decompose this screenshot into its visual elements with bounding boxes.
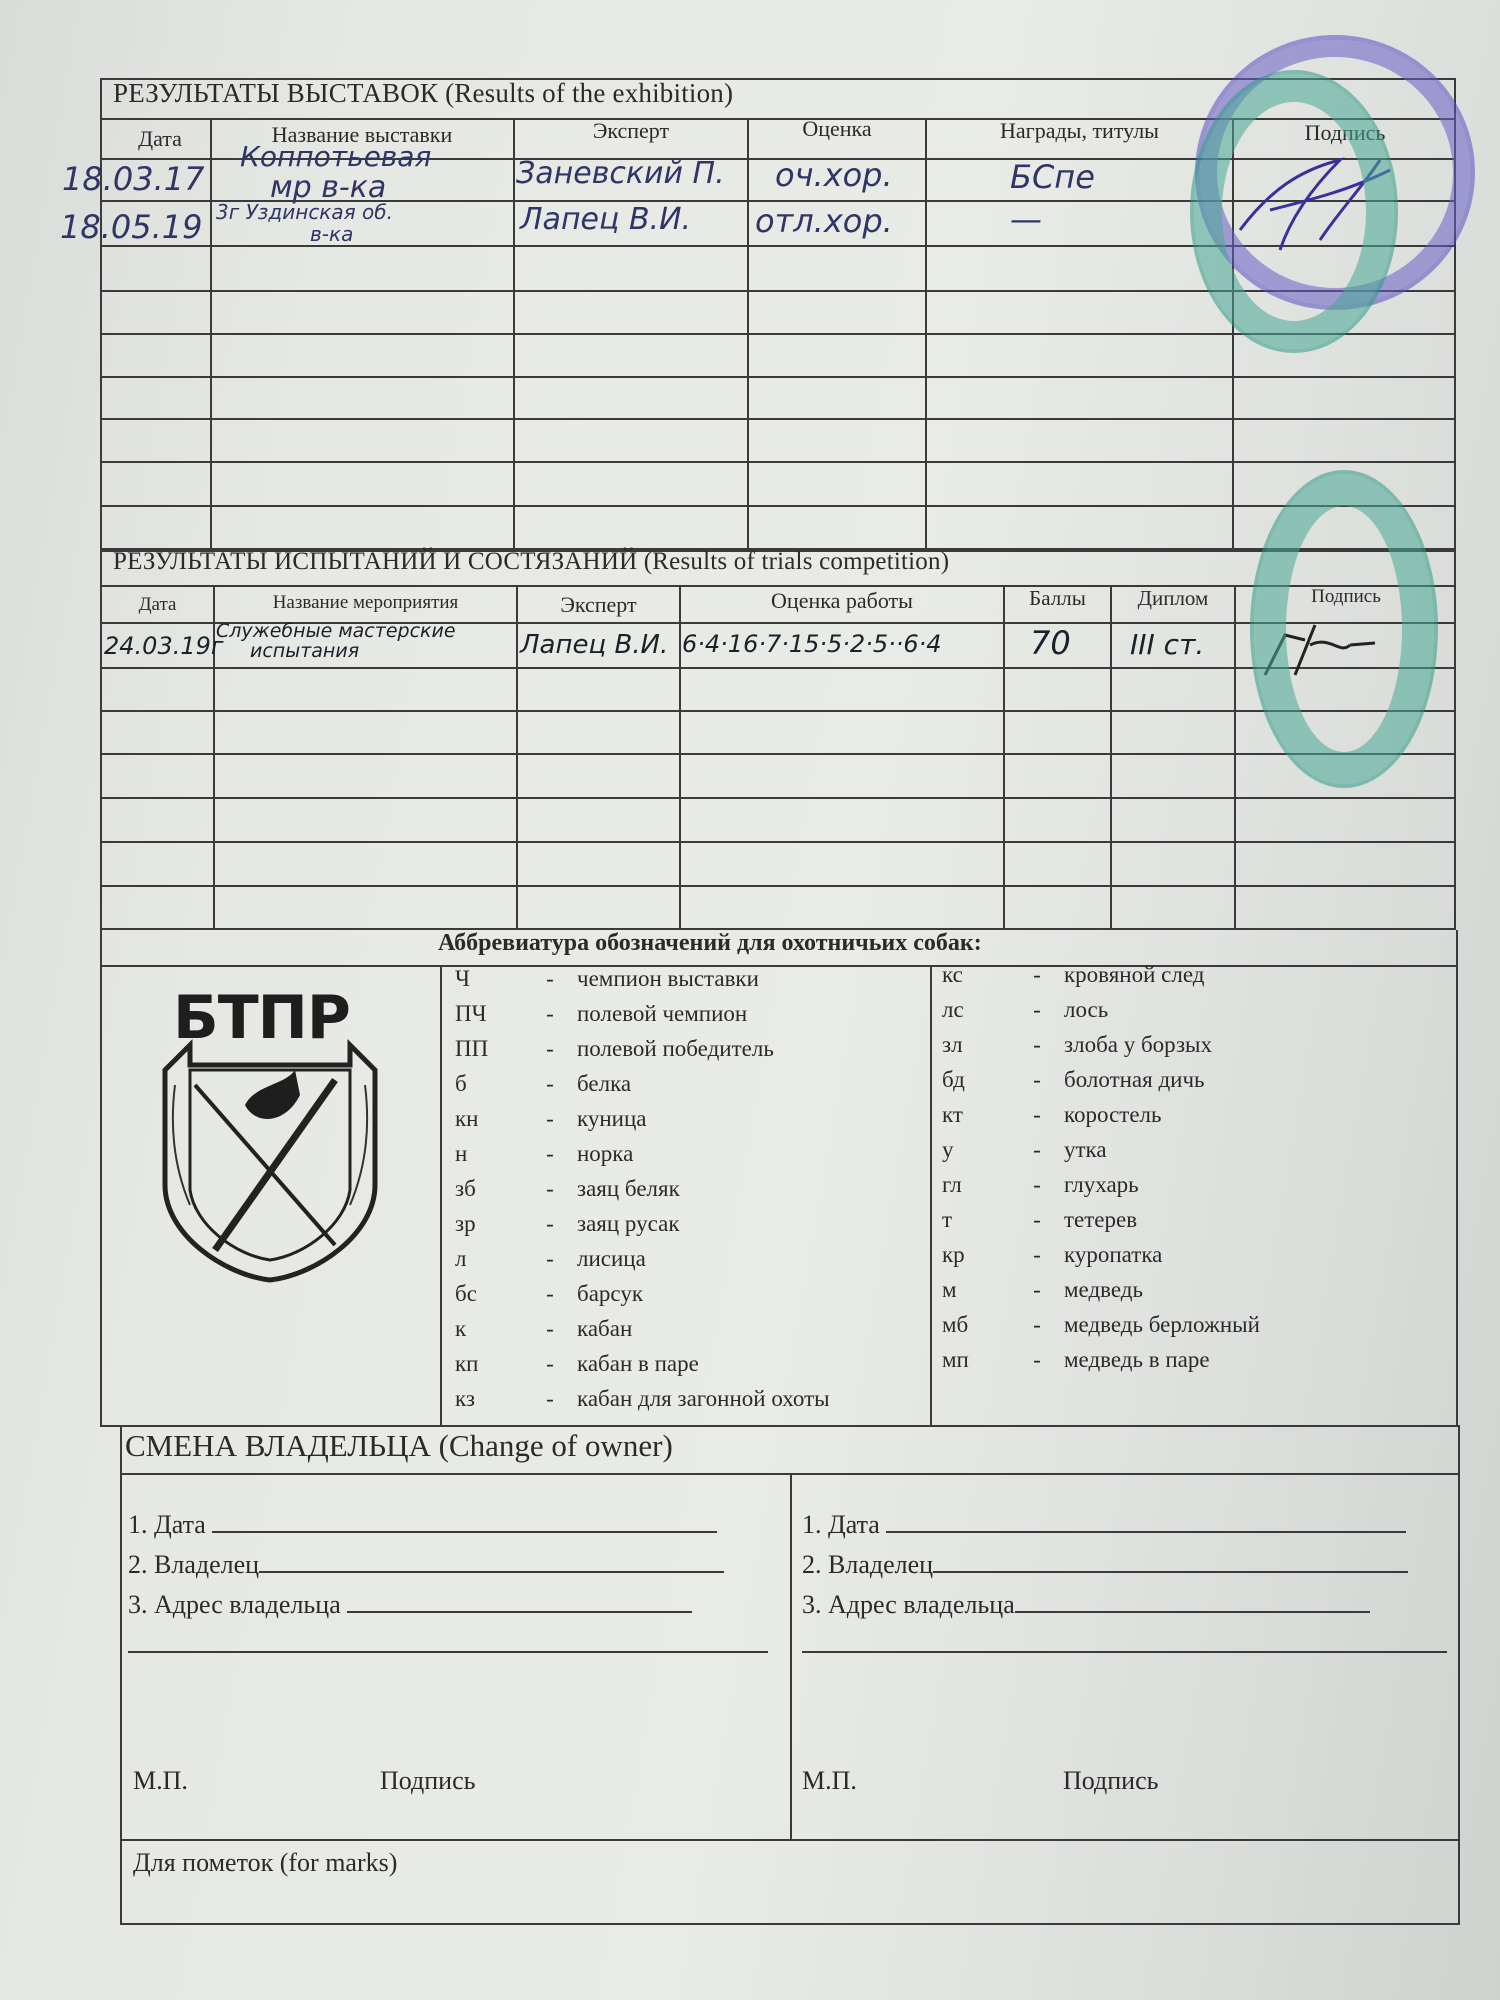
col-header-event-name: Название мероприятия bbox=[215, 592, 516, 614]
exhibition-grade: отл.хор. bbox=[755, 202, 893, 240]
abbreviation-item: мп-медведь в паре bbox=[942, 1347, 1210, 1381]
address-field[interactable] bbox=[347, 1611, 692, 1613]
exhibition-name: 3г Уздинская об. bbox=[216, 200, 393, 224]
col-header-expert: Эксперт bbox=[518, 592, 679, 618]
signature-label: Подпись bbox=[1063, 1766, 1158, 1796]
address-field[interactable] bbox=[1015, 1611, 1370, 1613]
trial-work-grade: 6·4·16·7·15·5·2·5··6·4 bbox=[682, 630, 942, 658]
abbreviation-item: т-тетерев bbox=[942, 1207, 1137, 1241]
abbreviation-list-right: кс-кровяной след лс-лось зл-злоба у борз… bbox=[942, 962, 1452, 1392]
owner-label: 2. Владелец bbox=[128, 1550, 259, 1579]
abbreviation-item: лс-лось bbox=[942, 997, 1108, 1031]
stamp-label: М.П. bbox=[133, 1766, 188, 1796]
date-field[interactable] bbox=[886, 1531, 1406, 1533]
trial-name-line2: испытания bbox=[250, 640, 359, 662]
owner-field[interactable] bbox=[259, 1571, 724, 1573]
abbreviation-item: б-белка bbox=[455, 1071, 631, 1105]
exhibition-name: Коппотьевая bbox=[240, 140, 431, 173]
abbreviation-item: кс-кровяной след bbox=[942, 962, 1204, 996]
pedigree-page: РЕЗУЛЬТАТЫ ВЫСТАВОК (Results of the exhi… bbox=[0, 0, 1500, 2000]
exhibition-date: 18.03.17 bbox=[62, 160, 205, 198]
abbreviation-item: л-лисица bbox=[455, 1246, 646, 1280]
trial-diploma: III ст. bbox=[1130, 628, 1204, 661]
abbreviation-item: кр-куропатка bbox=[942, 1242, 1162, 1276]
abbreviation-item: н-норка bbox=[455, 1141, 633, 1175]
col-header-awards: Награды, титулы bbox=[927, 118, 1232, 144]
owner-label: 2. Владелец bbox=[802, 1550, 933, 1579]
owner-field[interactable] bbox=[933, 1571, 1408, 1573]
abbreviation-item: кз-кабан для загонной охоты bbox=[455, 1386, 830, 1420]
abbreviation-item: у-утка bbox=[942, 1137, 1107, 1171]
abbreviation-item: мб-медведь берложный bbox=[942, 1312, 1260, 1346]
address-field-line2[interactable] bbox=[128, 1651, 768, 1653]
abbreviation-item: кн-куница bbox=[455, 1106, 646, 1140]
abbreviation-item: зб-заяц беляк bbox=[455, 1176, 680, 1210]
abbreviation-item: кп-кабан в паре bbox=[455, 1351, 699, 1385]
trial-name: Служебные мастерские bbox=[216, 620, 456, 642]
col-header-grade: Оценка bbox=[749, 116, 925, 142]
signature-label: Подпись bbox=[380, 1766, 475, 1796]
col-header-points: Баллы bbox=[1005, 586, 1110, 611]
date-label: 1. Дата bbox=[128, 1510, 206, 1539]
abbreviation-item: ПП-полевой победитель bbox=[455, 1036, 774, 1070]
marks-area[interactable] bbox=[122, 1880, 1458, 1923]
exhibition-expert: Лапец В.И. bbox=[520, 202, 691, 237]
exhibition-name-line2: в-ка bbox=[310, 222, 353, 246]
col-header-diploma: Диплом bbox=[1112, 586, 1234, 611]
abbreviations-title: Аббревиатура обозначений для охотничьих … bbox=[438, 930, 982, 957]
exhibition-awards: БСпе bbox=[1010, 158, 1095, 196]
exhibition-awards: — bbox=[1010, 200, 1042, 238]
trials-title: РЕЗУЛЬТАТЫ ИСПЫТАНИЙ И СОСТЯЗАНИЙ (Resul… bbox=[113, 548, 949, 576]
abbreviation-item: бс-барсук bbox=[455, 1281, 643, 1315]
abbreviation-item: к-кабан bbox=[455, 1316, 632, 1350]
hunting-crest-icon bbox=[135, 975, 405, 1285]
address-label: 3. Адрес владельца bbox=[802, 1590, 1015, 1619]
btpr-logo: БТПР bbox=[135, 975, 405, 1285]
date-field[interactable] bbox=[212, 1531, 717, 1533]
trial-expert: Лапец В.И. bbox=[520, 630, 668, 660]
abbreviation-item: гл-глухарь bbox=[942, 1172, 1139, 1206]
exhibition-grade: оч.хор. bbox=[775, 156, 893, 194]
col-header-work-grade: Оценка работы bbox=[681, 588, 1003, 614]
col-header-expert: Эксперт bbox=[515, 118, 747, 144]
marks-label: Для пометок (for marks) bbox=[133, 1848, 397, 1878]
abbreviation-item: кт-коростель bbox=[942, 1102, 1162, 1136]
abbreviation-item: зл-злоба у борзых bbox=[942, 1032, 1212, 1066]
trial-points: 70 bbox=[1030, 624, 1071, 662]
address-field-line2[interactable] bbox=[802, 1651, 1447, 1653]
address-label: 3. Адрес владельца bbox=[128, 1590, 341, 1619]
abbreviation-item: ПЧ-полевой чемпион bbox=[455, 1001, 747, 1035]
exhibition-expert: Заневский П. bbox=[516, 156, 725, 191]
oval-stamp-green bbox=[1250, 470, 1438, 788]
col-header-date: Дата bbox=[110, 126, 210, 152]
abbreviation-list-left: Ч-чемпион выставки ПЧ-полевой чемпион ПП… bbox=[455, 966, 925, 1426]
owner-block-1: 1. Дата 2. Владелец 3. Адрес владельца bbox=[128, 1510, 778, 1660]
owner-block-2: 1. Дата 2. Владелец 3. Адрес владельца bbox=[802, 1510, 1452, 1660]
exhibition-title: РЕЗУЛЬТАТЫ ВЫСТАВОК (Results of the exhi… bbox=[113, 78, 733, 109]
oval-stamp-green bbox=[1190, 70, 1398, 353]
abbreviation-item: м-медведь bbox=[942, 1277, 1143, 1311]
stamp-label: М.П. bbox=[802, 1766, 857, 1796]
abbreviation-item: зр-заяц русак bbox=[455, 1211, 680, 1245]
col-header-date: Дата bbox=[102, 594, 213, 616]
trial-date: 24.03.19г bbox=[104, 632, 223, 660]
exhibition-date: 18.05.19 bbox=[60, 208, 203, 246]
date-label: 1. Дата bbox=[802, 1510, 880, 1539]
abbreviation-item: бд-болотная дичь bbox=[942, 1067, 1205, 1101]
owner-change-title: СМЕНА ВЛАДЕЛЬЦА (Change of owner) bbox=[125, 1428, 673, 1464]
abbreviation-item: Ч-чемпион выставки bbox=[455, 966, 759, 1000]
